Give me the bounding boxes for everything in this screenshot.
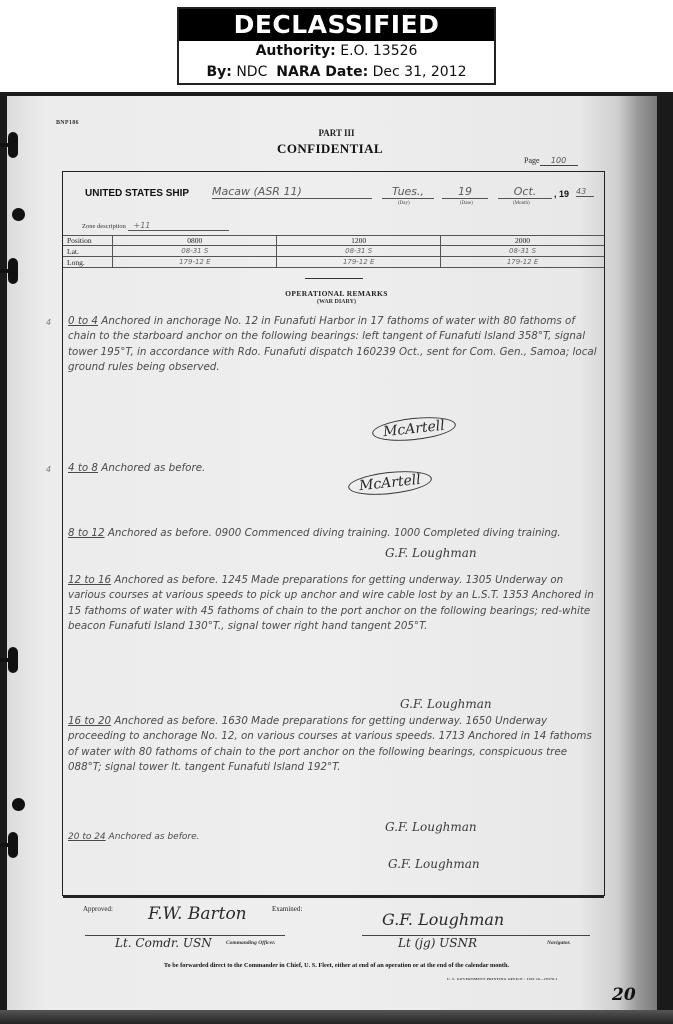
binder-clip-icon bbox=[0, 647, 18, 673]
page-label: Page bbox=[524, 156, 540, 165]
footer-divider bbox=[63, 896, 604, 898]
remark-entry: 4 to 8 Anchored as before. bbox=[68, 461, 603, 476]
nara-value: Dec 31, 2012 bbox=[373, 64, 467, 80]
column-2000: 2000 bbox=[441, 236, 604, 246]
by-value: NDC bbox=[236, 64, 267, 80]
signature: G.F. Loughman bbox=[400, 697, 492, 711]
divider bbox=[305, 278, 363, 279]
approved-signature: F.W. Barton bbox=[148, 904, 247, 924]
examined-label: Examined: bbox=[272, 905, 302, 913]
year-prefix: , 19 bbox=[554, 189, 569, 199]
authority-label: Authority: bbox=[256, 43, 336, 59]
margin-mark: 4 bbox=[46, 318, 51, 327]
binder-clip-icon bbox=[0, 832, 18, 858]
stamp-title: DECLASSIFIED bbox=[179, 9, 494, 41]
remark-text: Anchored as before. 0900 Commenced divin… bbox=[108, 527, 561, 539]
authority-value: E.O. 13526 bbox=[340, 43, 417, 59]
stamp-authority: Authority: E.O. 13526 bbox=[179, 41, 494, 62]
ship-day: Tues., bbox=[382, 185, 434, 199]
watch-label: 20 to 24 bbox=[68, 832, 106, 842]
year-suffix: 43 bbox=[576, 187, 594, 197]
remark-entry: 8 to 12 Anchored as before. 0900 Commenc… bbox=[68, 526, 603, 541]
date-label: (Date) bbox=[460, 201, 473, 206]
binder-clip-icon bbox=[0, 258, 18, 284]
remark-text: Anchored in anchorage No. 12 in Funafuti… bbox=[68, 315, 597, 373]
zone-description: Zone description +11 bbox=[82, 221, 229, 231]
lat-1200: 08-31 S bbox=[345, 247, 372, 255]
remarks-subtitle: (WAR DIARY) bbox=[0, 299, 673, 305]
remark-text: Anchored as before. 1245 Made preparatio… bbox=[68, 574, 594, 632]
position-table: Position 0800 1200 2000 Lat. 08-31 S 08-… bbox=[63, 235, 604, 268]
approved-label: Approved: bbox=[83, 905, 113, 913]
table-row: Position 0800 1200 2000 bbox=[63, 236, 604, 246]
watch-label: 4 to 8 bbox=[68, 462, 98, 474]
page-number: Page100 bbox=[524, 156, 578, 166]
long-1200: 179-12 E bbox=[343, 258, 374, 266]
remark-entry: 12 to 16 Anchored as before. 1245 Made p… bbox=[68, 573, 603, 634]
scan-bottom-edge bbox=[0, 1010, 673, 1024]
lat-label: Lat. bbox=[63, 246, 113, 257]
remark-text: Anchored as before. bbox=[109, 832, 200, 842]
column-1200: 1200 bbox=[277, 236, 441, 246]
watch-label: 16 to 20 bbox=[68, 715, 111, 727]
lat-2000: 08-31 S bbox=[509, 247, 536, 255]
position-header: Position bbox=[63, 236, 113, 246]
printing-office-note: U. S. GOVERNMENT PRINTING OFFICE : 1942 … bbox=[447, 977, 558, 981]
watch-label: 0 to 4 bbox=[68, 315, 98, 327]
declassified-stamp: DECLASSIFIED Authority: E.O. 13526 By: N… bbox=[177, 7, 496, 85]
remark-entry: 16 to 20 Anchored as before. 1630 Made p… bbox=[68, 714, 603, 775]
lat-0800: 08-31 S bbox=[181, 247, 208, 255]
examined-rank: Lt (jg) USNR bbox=[398, 936, 477, 950]
form-number: BNP186 bbox=[56, 120, 79, 126]
binder-hole-icon bbox=[12, 208, 25, 221]
table-row: Long. 179-12 E 179-12 E 179-12 E bbox=[63, 257, 604, 268]
ship-date: 19 bbox=[442, 185, 488, 199]
stamped-page-number: 20 bbox=[612, 985, 636, 1005]
month-label: (Month) bbox=[513, 201, 530, 206]
long-2000: 179-12 E bbox=[507, 258, 538, 266]
remark-text: Anchored as before. bbox=[101, 462, 205, 474]
zone-value: +11 bbox=[128, 221, 229, 231]
commanding-officer-label: Commanding Officer. bbox=[226, 940, 275, 946]
watch-label: 12 to 16 bbox=[68, 574, 111, 586]
long-0800: 179-12 E bbox=[179, 258, 210, 266]
table-row: Lat. 08-31 S 08-31 S 08-31 S bbox=[63, 246, 604, 257]
watch-label: 8 to 12 bbox=[68, 527, 105, 539]
approved-rank: Lt. Comdr. USN bbox=[115, 936, 212, 950]
remark-text: Anchored as before. 1630 Made preparatio… bbox=[68, 715, 592, 773]
classification-heading: CONFIDENTIAL bbox=[0, 141, 660, 157]
binder-hole-icon bbox=[12, 798, 25, 811]
ship-name: Macaw (ASR 11) bbox=[212, 185, 372, 199]
forwarding-note: To be forwarded direct to the Commander … bbox=[0, 962, 673, 969]
page-value: 100 bbox=[540, 156, 578, 166]
long-label: Long. bbox=[63, 257, 113, 268]
zone-label: Zone description bbox=[82, 223, 126, 230]
remark-entry: 0 to 4 Anchored in anchorage No. 12 in F… bbox=[68, 314, 603, 375]
by-label: By: bbox=[206, 64, 231, 80]
ship-month: Oct. bbox=[498, 185, 552, 199]
margin-mark: 4 bbox=[46, 465, 51, 474]
nara-label: NARA Date: bbox=[276, 64, 368, 80]
ship-label: UNITED STATES SHIP bbox=[85, 188, 189, 199]
stamp-by: By: NDC NARA Date: Dec 31, 2012 bbox=[179, 62, 494, 83]
remarks-title: OPERATIONAL REMARKS bbox=[0, 289, 673, 298]
examined-signature: G.F. Loughman bbox=[382, 910, 504, 929]
part-heading: PART III bbox=[0, 128, 673, 138]
signature: G.F. Loughman bbox=[385, 546, 477, 560]
day-label: (Day) bbox=[398, 201, 410, 206]
navigator-label: Navigator. bbox=[547, 940, 571, 946]
column-0800: 0800 bbox=[113, 236, 277, 246]
remark-entry: 20 to 24 Anchored as before. bbox=[68, 830, 603, 845]
signature: G.F. Loughman bbox=[388, 857, 480, 871]
